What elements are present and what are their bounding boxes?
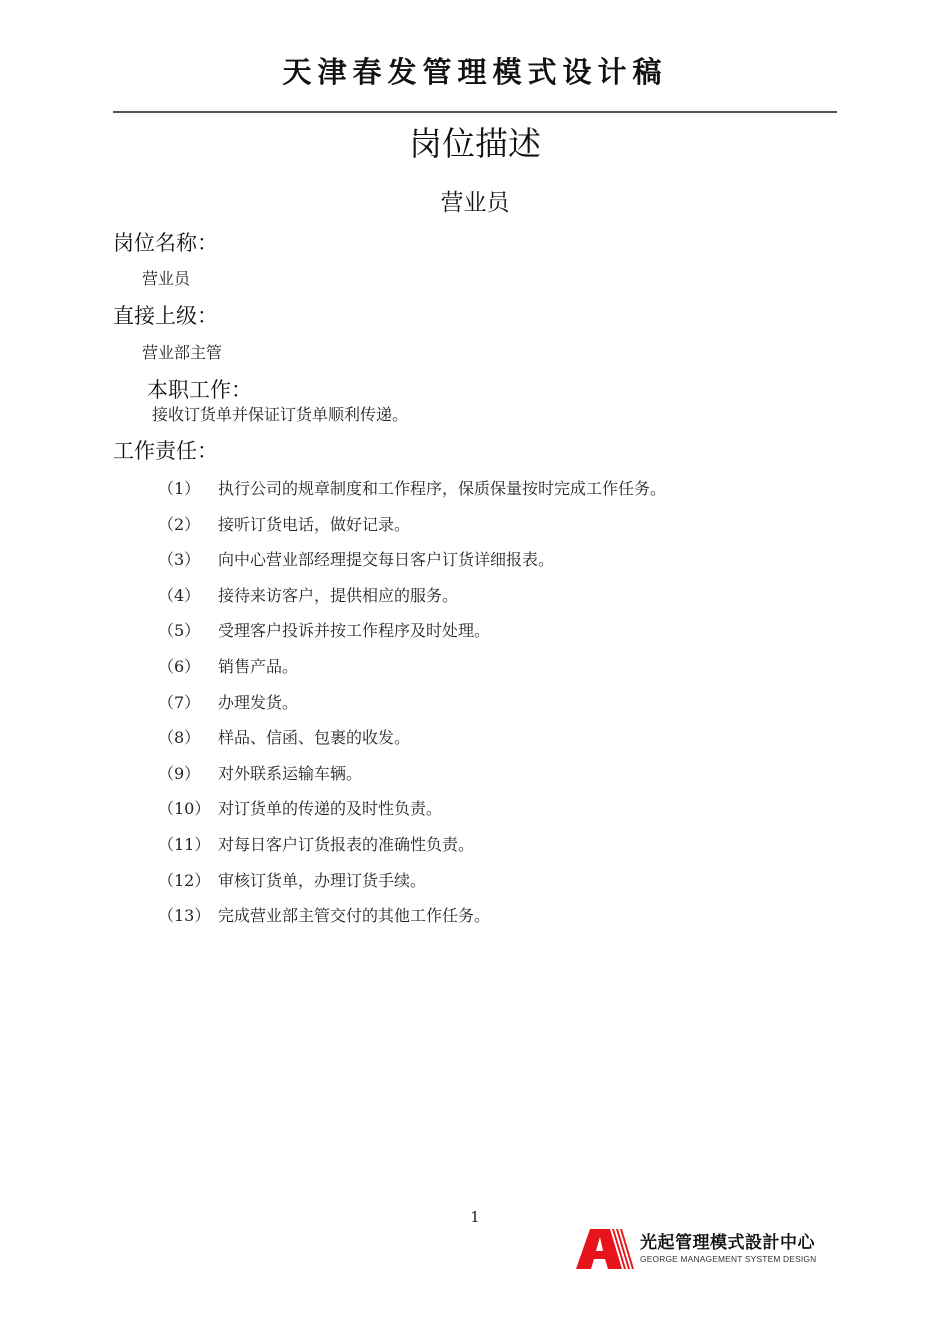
logo-name-en: GEORGE MANAGEMENT SYSTEM DESIGN (640, 1253, 816, 1265)
document-subtitle: 营业员 (0, 188, 950, 218)
item-text: 执行公司的规章制度和工作程序，保质保量按时完成工作任务。 (218, 478, 666, 500)
item-text: 对每日客户订货报表的准确性负责。 (218, 834, 474, 856)
primary-work-heading: 本职工作： (147, 376, 252, 404)
position-name-value: 营业员 (142, 268, 190, 290)
responsibilities-heading: 工作责任： (113, 437, 218, 465)
item-number: （2） (158, 514, 218, 536)
item-text: 向中心营业部经理提交每日客户订货详细报表。 (218, 549, 554, 571)
document-title: 岗位描述 (0, 122, 950, 166)
responsibilities-list: （1） 执行公司的规章制度和工作程序，保质保量按时完成工作任务。 （2） 接听订… (158, 478, 666, 941)
red-a-logo-icon (576, 1229, 634, 1269)
list-item: （13） 完成营业部主管交付的其他工作任务。 (158, 905, 666, 941)
item-text: 对外联系运输车辆。 (218, 763, 362, 785)
item-text: 受理客户投诉并按工作程序及时处理。 (218, 620, 490, 642)
list-item: （8） 样品、信函、包裹的收发。 (158, 727, 666, 763)
item-text: 接待来访客户，提供相应的服务。 (218, 585, 458, 607)
item-text: 审核订货单，办理订货手续。 (218, 870, 426, 892)
item-number: （3） (158, 549, 218, 571)
header-title: 天津春发管理模式设计稿 (0, 52, 950, 92)
list-item: （12） 审核订货单，办理订货手续。 (158, 870, 666, 906)
list-item: （7） 办理发货。 (158, 692, 666, 728)
primary-work-value: 接收订货单并保证订货单顺利传递。 (152, 404, 408, 426)
footer-logo: 光起管理模式設計中心 GEORGE MANAGEMENT SYSTEM DESI… (576, 1228, 841, 1270)
item-number: （13） (158, 905, 218, 927)
position-name-heading: 岗位名称： (113, 229, 218, 257)
logo-text: 光起管理模式設計中心 GEORGE MANAGEMENT SYSTEM DESI… (640, 1233, 816, 1265)
item-text: 样品、信函、包裹的收发。 (218, 727, 410, 749)
item-text: 对订货单的传递的及时性负责。 (218, 798, 442, 820)
item-number: （1） (158, 478, 218, 500)
item-number: （8） (158, 727, 218, 749)
list-item: （1） 执行公司的规章制度和工作程序，保质保量按时完成工作任务。 (158, 478, 666, 514)
item-number: （7） (158, 692, 218, 714)
item-number: （12） (158, 870, 218, 892)
list-item: （4） 接待来访客户，提供相应的服务。 (158, 585, 666, 621)
list-item: （2） 接听订货电话，做好记录。 (158, 514, 666, 550)
logo-name-cn: 光起管理模式設計中心 (640, 1233, 816, 1253)
document-page: 天津春发管理模式设计稿 岗位描述 营业员 岗位名称： 营业员 直接上级： 营业部… (0, 0, 950, 1344)
direct-superior-heading: 直接上级： (113, 302, 218, 330)
list-item: （5） 受理客户投诉并按工作程序及时处理。 (158, 620, 666, 656)
page-number: 1 (0, 1208, 950, 1226)
item-text: 办理发货。 (218, 692, 298, 714)
item-text: 接听订货电话，做好记录。 (218, 514, 410, 536)
header-divider (113, 111, 837, 113)
list-item: （9） 对外联系运输车辆。 (158, 763, 666, 799)
item-number: （9） (158, 763, 218, 785)
list-item: （6） 销售产品。 (158, 656, 666, 692)
direct-superior-value: 营业部主管 (142, 342, 222, 364)
item-text: 销售产品。 (218, 656, 298, 678)
item-text: 完成营业部主管交付的其他工作任务。 (218, 905, 490, 927)
item-number: （4） (158, 585, 218, 607)
item-number: （10） (158, 798, 218, 820)
list-item: （10） 对订货单的传递的及时性负责。 (158, 798, 666, 834)
item-number: （6） (158, 656, 218, 678)
list-item: （3） 向中心营业部经理提交每日客户订货详细报表。 (158, 549, 666, 585)
item-number: （11） (158, 834, 218, 856)
item-number: （5） (158, 620, 218, 642)
list-item: （11） 对每日客户订货报表的准确性负责。 (158, 834, 666, 870)
